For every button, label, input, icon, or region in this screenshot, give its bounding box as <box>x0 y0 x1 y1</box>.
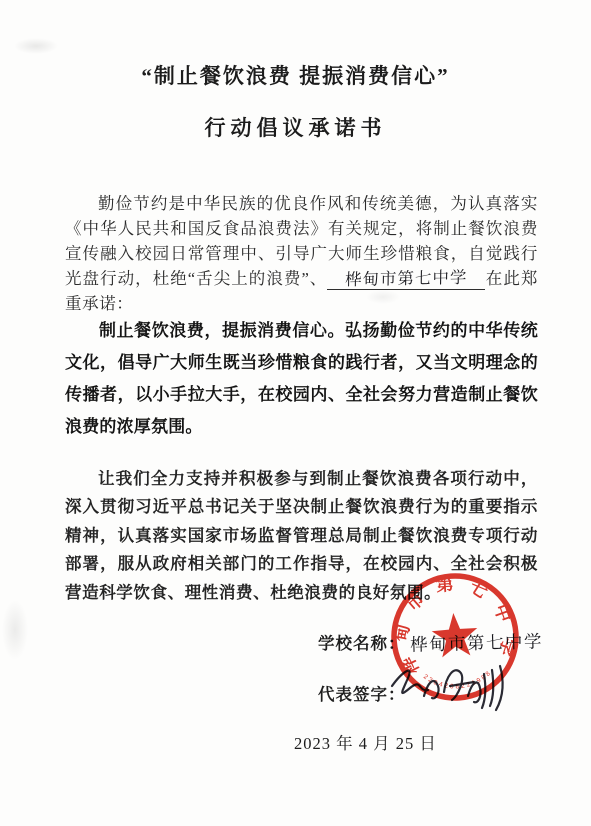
representative-signature-line: 代表签字： <box>318 681 406 705</box>
signature-label: 代表签字： <box>318 685 406 704</box>
paragraph-pledge: 制止餐饮浪费，提振消费信心。弘扬勤俭节约的中华传统文化，倡导广大师生既当珍惜粮食… <box>65 315 538 443</box>
date-line: 2023 年 4 月 25 日 <box>294 730 437 754</box>
school-name-blank: 桦甸市第七中学 <box>327 269 485 290</box>
school-name-handwritten-fill: 桦甸市第七中学 <box>345 267 468 290</box>
scan-smudge <box>2 600 28 660</box>
pledge-document-page: “制止餐饮浪费 提振消费信心” 行动倡议承诺书 勤俭节约是中华民族的优良作风和传… <box>0 0 591 826</box>
handwritten-signature <box>388 652 513 714</box>
paragraph-commitment: 让我们全力支持并积极参与到制止餐饮浪费各项行动中，深入贯彻习近平总书记关于坚决制… <box>65 465 538 608</box>
school-name-line: 学校名称：桦甸市第七中学 <box>318 630 543 655</box>
seal-code-digits: 2204208221988 <box>422 669 495 693</box>
school-name-value: 桦甸市第七中学 <box>409 628 543 656</box>
document-title-line1: “制止餐饮浪费 提振消费信心” <box>0 60 591 90</box>
scan-smudge <box>14 38 58 54</box>
seal-code-holder: 2204208221988 <box>422 669 495 693</box>
school-name-label: 学校名称： <box>318 634 406 653</box>
paragraph-intro: 勤俭节约是中华民族的优良作风和传统美德，为认真落实《中华人民共和国反食品浪费法》… <box>65 191 538 316</box>
document-title-line2: 行动倡议承诺书 <box>0 112 591 142</box>
